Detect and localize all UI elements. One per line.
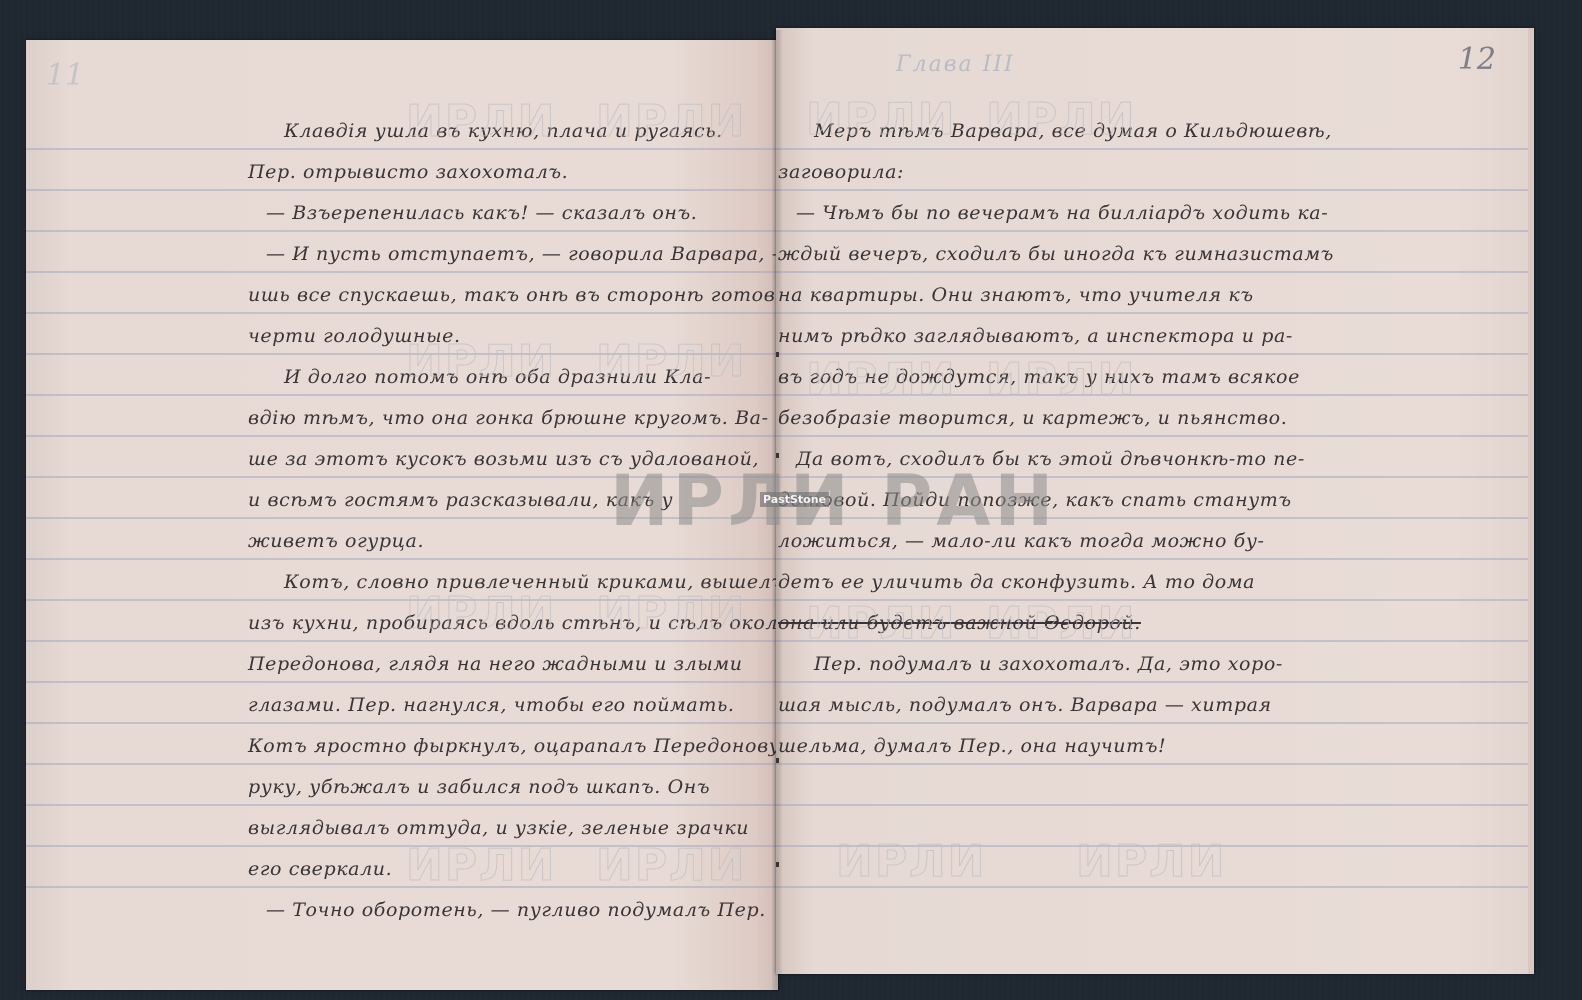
text-line: глазами. Пер. нагнулся, чтобы его поймат… (248, 694, 735, 716)
text-line: Да вотъ, сходилъ бы къ этой дѣвчонкѣ-то … (796, 448, 1305, 470)
ruled-line (26, 394, 778, 396)
text-line: его сверкали. (248, 858, 392, 880)
text-line: заговорила: (778, 161, 904, 183)
binding-stitch (776, 862, 779, 867)
text-line: — Чѣмъ бы по вечерамъ на билліардъ ходит… (796, 202, 1328, 224)
binding-stitch (776, 453, 779, 458)
ruled-line (776, 681, 1528, 683)
ruled-line (26, 640, 778, 642)
text-line: ложиться, — мало-ли какъ тогда можно бу- (778, 530, 1265, 552)
ruled-line (776, 804, 1528, 806)
ruled-line (26, 763, 778, 765)
ruled-line (26, 271, 778, 273)
ruled-line (776, 435, 1528, 437)
text-line: шельма, думалъ Пер., она научитъ! (778, 735, 1166, 757)
ruled-line (776, 353, 1528, 355)
right-page: Глава III 12 Меръ тѣмъ Варвара, все дума… (776, 28, 1534, 974)
text-line: Передонова, глядя на него жадными и злым… (248, 653, 743, 675)
text-line: Пер. отрывисто захохоталъ. (248, 161, 568, 183)
ruled-line (776, 722, 1528, 724)
binding-stitch (776, 352, 779, 357)
book-gutter (772, 30, 782, 990)
text-line: ждый вечеръ, сходилъ бы иногда къ гимназ… (778, 243, 1334, 265)
ruled-line (776, 886, 1528, 888)
ruled-line (776, 271, 1528, 273)
ruled-line (26, 681, 778, 683)
ruled-line (776, 476, 1528, 478)
ruled-line (776, 845, 1528, 847)
text-line: ишь все спускаешь, такъ онѣ въ сторонѣ г… (248, 284, 778, 306)
binding-stitch (776, 758, 779, 763)
watermark: ИРЛИ (596, 840, 746, 891)
text-line: — Взъерепенилась какъ! — сказалъ онъ. (266, 202, 697, 224)
watermark: ИРЛИ (406, 840, 556, 891)
ruled-line (776, 189, 1528, 191)
ruled-line (776, 517, 1528, 519)
struck-text-line: она или будетъ важной Ѳедорой. (778, 612, 1141, 634)
ruled-line (26, 804, 778, 806)
text-line: вдію тѣмъ, что она гонка брюшне кругомъ.… (248, 407, 769, 429)
ruled-line (26, 148, 778, 150)
ruled-line (26, 435, 778, 437)
text-line: Котъ яростно фыркнулъ, оцарапалъ Передон… (248, 735, 778, 757)
page-number: 11 (46, 58, 84, 93)
text-line: на квартиры. Они знаютъ, что учителя къ (778, 284, 1254, 306)
ruled-line (776, 394, 1528, 396)
ruled-line (776, 763, 1528, 765)
text-line: и всѣмъ гостямъ разсказывали, какъ у (248, 489, 673, 511)
ruled-line (26, 722, 778, 724)
watermark: ИРЛИ (1076, 836, 1226, 887)
ruled-line (776, 640, 1528, 642)
watermark: ИРЛИ (836, 836, 986, 887)
ruled-line (26, 230, 778, 232)
ruled-line (26, 845, 778, 847)
text-line: — И пусть отступаетъ, — говорила Варвара… (266, 243, 778, 265)
left-page: 11 Клавдія ушла въ кухню, плача и ругаяс… (26, 40, 778, 990)
stamp-badge: PastStone (760, 492, 829, 507)
text-line: Клавдія ушла въ кухню, плача и ругаясь. (284, 120, 723, 142)
text-line: нимъ рѣдко заглядываютъ, а инспектора и … (778, 325, 1293, 347)
ruled-line (26, 886, 778, 888)
text-line: живетъ огурца. (248, 530, 424, 552)
text-line: Меръ тѣмъ Варвара, все думая о Кильдюшев… (814, 120, 1332, 142)
ruled-line (26, 558, 778, 560)
text-line: Пер. подумалъ и захохоталъ. Да, это хоро… (814, 653, 1283, 675)
text-line: — Точно оборотень, — пугливо подумалъ Пе… (266, 899, 766, 921)
ruled-line (26, 189, 778, 191)
ruled-line (776, 599, 1528, 601)
text-line: ше за этотъ кусокъ возьми изъ съ удалова… (248, 448, 759, 470)
text-line: И долго потомъ онѣ оба дразнили Кла- (284, 366, 711, 388)
ruled-line (26, 312, 778, 314)
ruled-line (26, 353, 778, 355)
ruled-line (776, 312, 1528, 314)
ruled-line (776, 230, 1528, 232)
chapter-heading: Глава III (896, 52, 1015, 77)
ruled-line (26, 599, 778, 601)
text-line: руку, убѣжалъ и забился подъ шкапъ. Онъ (248, 776, 710, 798)
text-line: безобразіе творится, и картежъ, и пьянст… (778, 407, 1287, 429)
text-line: изъ кухни, пробираясь вдоль стѣнъ, и сѣл… (248, 612, 778, 634)
ruled-line (776, 148, 1528, 150)
ruled-line (26, 476, 778, 478)
ruled-line (776, 558, 1528, 560)
page-number: 12 (1458, 42, 1496, 77)
text-line: детъ ее уличить да сконфузить. А то дома (778, 571, 1255, 593)
text-line: дотовой. Пойди попозже, какъ спать стану… (778, 489, 1292, 511)
text-line: черти голодушные. (248, 325, 461, 347)
text-line: въ годъ не дождутся, такъ у нихъ тамъ вс… (778, 366, 1300, 388)
text-line: шая мысль, подумалъ онъ. Варвара — хитра… (778, 694, 1272, 716)
ruled-line (26, 517, 778, 519)
text-line: Котъ, словно привлеченный криками, вышел… (284, 571, 778, 593)
text-line: выглядывалъ оттуда, и узкіе, зеленые зра… (248, 817, 749, 839)
